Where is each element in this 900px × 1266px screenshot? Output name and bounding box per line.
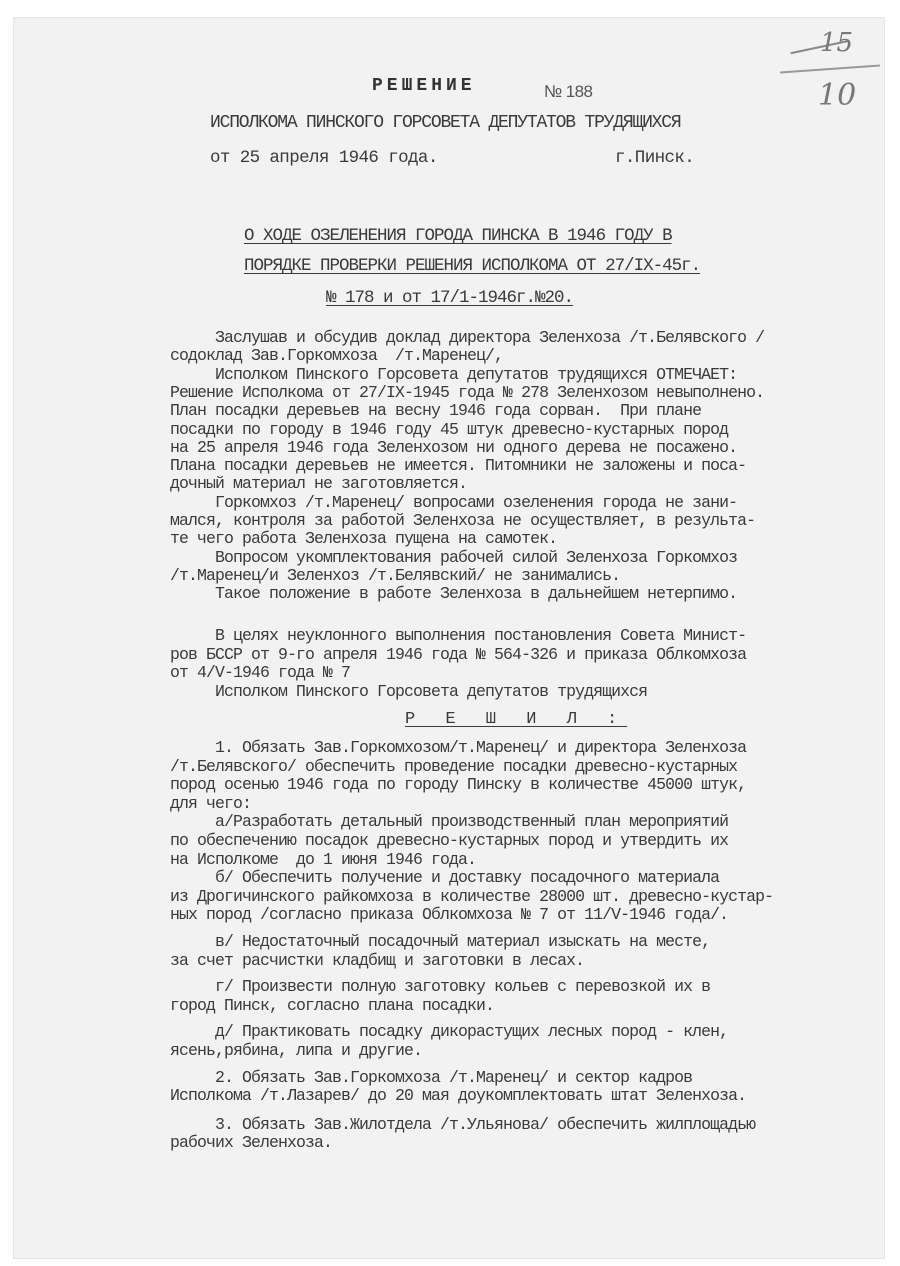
text-line: в/ Недостаточный посадочный материал изы… [170,932,710,951]
text-line: для чего: [170,794,251,813]
text-line: по обеспечению посадок древесно-кустарны… [170,831,728,850]
issuing-organization: ИСПОЛКОМА ПИНСКОГО ГОРСОВЕТА ДЕПУТАТОВ Т… [210,113,681,133]
subject-line: ПОРЯДКЕ ПРОВЕРКИ РЕШЕНИЯ ИСПОЛКОМА ОТ 27… [244,256,700,276]
text-line: город Пинск, согласно плана посадки. [170,996,494,1015]
text-line: Такое положение в работе Зеленхоза в дал… [170,584,737,603]
text-line: те чего работа Зеленхоза пущена на самот… [170,529,557,548]
text-line: Заслушав и обсудив доклад директора Зеле… [170,328,764,347]
text-line: из Дрогичинского райкомхоза в количестве… [170,887,773,906]
text-line: мался, контроля за работой Зеленхоза не … [170,511,755,530]
subject-line: О ХОДЕ ОЗЕЛЕНЕНИЯ ГОРОДА ПИНСКА В 1946 Г… [244,226,672,246]
text-line: за счет расчистки кладбищ и заготовки в … [170,951,584,970]
text-line: от 4/V-1946 года № 7 [170,663,350,682]
text-line: содоклад Зав.Горкомхоза /т.Маренец/, [170,346,503,365]
text-line: Исполком Пинского Горсовета депутатов тр… [170,682,647,701]
text-line: ров БССР от 9-го апреля 1946 года № 564-… [170,645,746,664]
decision-date: от 25 апреля 1946 года. [210,148,438,168]
text-line: ясень,рябина, липа и другие. [170,1041,422,1060]
text-line: /т.Белявского/ обеспечить проведение пос… [170,757,737,776]
handwritten-divider [780,65,880,74]
subject-line: № 178 и от 17/1-1946г.№20. [326,288,573,308]
text-line: 1. Обязать Зав.Горкомхозом/т.Маренец/ и … [170,738,746,757]
text-line: пород осенью 1946 года по городу Пинску … [170,775,746,794]
text-line: Плана посадки деревьев не имеется. Питом… [170,456,746,475]
text-line: рабочих Зеленхоза. [170,1133,332,1152]
text-line: на 25 апреля 1946 года Зеленхозом ни одн… [170,438,737,457]
text-line: Горкомхоз /т.Маренец/ вопросами озеленен… [170,493,737,512]
text-line: 2. Обязать Зав.Горкомхоза /т.Маренец/ и … [170,1068,692,1087]
text-line: посадки по городу в 1946 году 45 штук др… [170,420,728,439]
text-line: ных пород /согласно приказа Облкомхоза №… [170,905,728,924]
text-line: б/ Обеспечить получение и доставку посад… [170,868,719,887]
text-line: Исполком Пинского Горсовета депутатов тр… [170,365,737,384]
text-line: г/ Произвести полную заготовку кольев с … [170,977,710,996]
decision-city: г.Пинск. [615,148,694,168]
document-title: РЕШЕНИЕ [372,76,476,96]
text-line: Решение Исполкома от 27/IX-1945 года № 2… [170,383,764,402]
text-line: Вопросом укомплектования рабочей силой З… [170,548,737,567]
decision-document: 15 10 РЕШЕНИЕ № 188 ИСПОЛКОМА ПИНСКОГО Г… [0,0,900,1266]
text-line: Исполкома /т.Лазарев/ до 20 мая доукомпл… [170,1086,746,1105]
handwritten-page-number: 10 [818,78,856,113]
handwritten-old-page-number: 15 [820,28,853,58]
text-line: План посадки деревьев на весну 1946 года… [170,401,701,420]
text-line: 3. Обязать Зав.Жилотдела /т.Ульянова/ об… [170,1115,755,1134]
text-line: на Исполкоме до 1 июня 1946 года. [170,850,476,869]
text-line: дочный материал не заготовляется. [170,474,467,493]
text-line: а/Разработать детальный производственный… [170,812,728,831]
text-line: /т.Маренец/и Зеленхоз /т.Белявский/ не з… [170,566,620,585]
text-line: В целях неуклонного выполнения постановл… [170,626,746,645]
decision-number: № 188 [544,82,592,102]
decided-heading: Р Е Ш И Л : [405,710,627,729]
text-line: д/ Практиковать посадку дикорастущих лес… [170,1022,728,1041]
